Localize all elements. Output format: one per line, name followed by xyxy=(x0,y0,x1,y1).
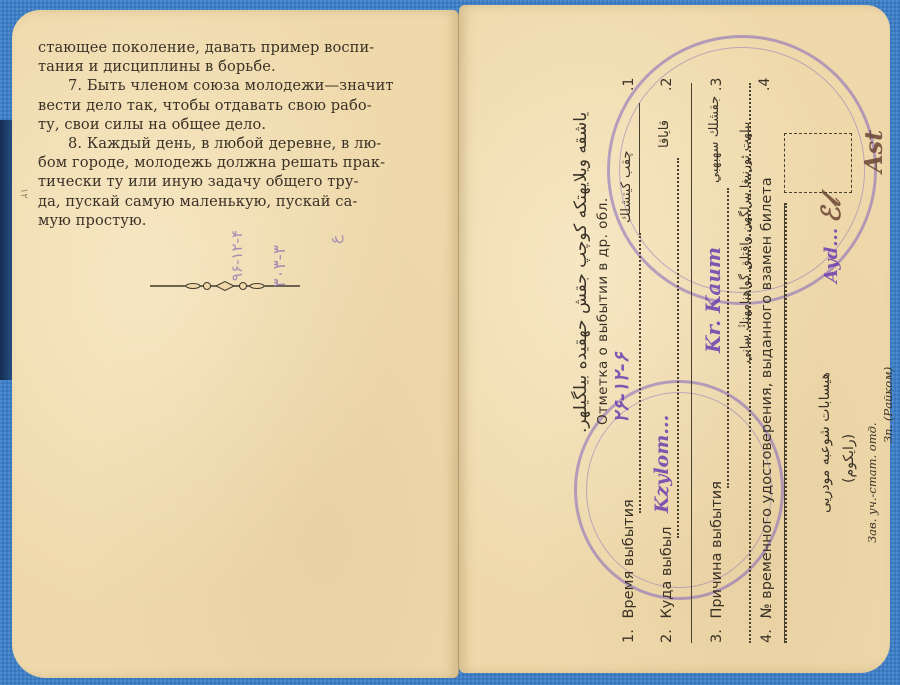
signature-arabic-2: (رايكوم) xyxy=(841,434,857,483)
text-line: вести дело так, чтобы отдавать свою рабо… xyxy=(38,96,438,115)
field-1-line xyxy=(639,233,641,513)
field-3-label: Причина выбытия xyxy=(709,481,725,618)
pencil-mark: ۱۲ xyxy=(18,188,29,199)
handwritten-reason: Kr. Kaum xyxy=(701,247,725,353)
text-line: тически ту или иную задачу общего тру- xyxy=(38,172,438,191)
text-line: бом городе, молодежь должна решать прак- xyxy=(38,153,438,172)
handwritten-date: ۲۶-۱۲-۶ xyxy=(609,353,633,423)
field-1-line-solid xyxy=(639,103,640,233)
rotated-form: ياشقه ويلايهتكه كوچپ جقش حهقيده بيلگيلهر… xyxy=(459,5,890,673)
field-2-line xyxy=(677,158,679,538)
field-4: 4. № временного удостоверения, выданного… xyxy=(759,177,775,643)
field-1: 1. Время выбытия xyxy=(621,499,637,643)
signature-arabic-1: هيسابات شوعبه مودريى xyxy=(817,372,833,513)
field-3-line xyxy=(727,188,729,488)
faint-ink-note: ع xyxy=(326,235,344,244)
field-4-label: № временного удостоверения, выданного вз… xyxy=(759,177,775,618)
faint-ink-note: ۳۰۳-۳ xyxy=(270,245,290,288)
text-line: мую простую. xyxy=(38,211,438,230)
text-line: стающее поколение, давать пример воспи- xyxy=(38,38,438,57)
signature-russian-2: Зп. (Райком) xyxy=(881,367,895,443)
separator-line xyxy=(691,83,692,643)
text-line: ту, свои силы на общее дело. xyxy=(38,115,438,134)
handwritten-signature: Ayd... xyxy=(821,228,842,283)
field-1-arabic: چقب كيتشلك xyxy=(619,151,634,223)
form-title-arabic: ياشقه ويلايهتكه كوچپ جقش حهقيده بيلگيلهر… xyxy=(571,112,591,433)
text-line: 7. Быть членом союза молодежи—значит xyxy=(38,76,438,95)
field-2: 2. Куда выбыл xyxy=(659,526,675,643)
field-2-arabic: قاياقا xyxy=(657,120,672,148)
field-4-arabic: بيلهت ئورنيغا بيرلگهن واقتلق گواهنامهنڭ … xyxy=(737,122,752,363)
field-2-label: Куда выбыл xyxy=(659,526,675,618)
field-3-arabic: جقشلك سهبهبي xyxy=(707,96,722,183)
faint-ink-note: ۹۶-۱۲-۴ xyxy=(228,230,246,281)
text-line: да, пускай самую маленькую, пускай са- xyxy=(38,192,438,211)
photo-stamp-box xyxy=(784,133,852,193)
field-3: 3. Причина выбытия xyxy=(709,481,725,643)
field-1-label: Время выбытия xyxy=(621,499,637,618)
brown-signature-2: Ast xyxy=(859,130,888,173)
left-page-text: стающее поколение, давать пример воспи- … xyxy=(38,38,438,230)
signature-russian-1: Зав. уч.-стат. отд. xyxy=(865,422,879,543)
field-4-dots xyxy=(785,203,787,643)
right-page: ياشقه ويلايهتكه كوچپ جقش حهقيده بيلگيلهر… xyxy=(459,5,890,673)
text-line: тания и дисциплины в борьбе. xyxy=(38,57,438,76)
left-page: стающее поколение, давать пример воспи- … xyxy=(12,10,459,678)
departure-form: ياشقه ويلايهتكه كوچپ جقش حهقيده بيلگيلهر… xyxy=(559,63,900,663)
text-line: 8. Каждый день, в любой деревне, в лю- xyxy=(38,134,438,153)
brown-signature: ℰ𝓁 xyxy=(817,199,848,223)
handwritten-destination: Kzylom... xyxy=(651,415,673,513)
